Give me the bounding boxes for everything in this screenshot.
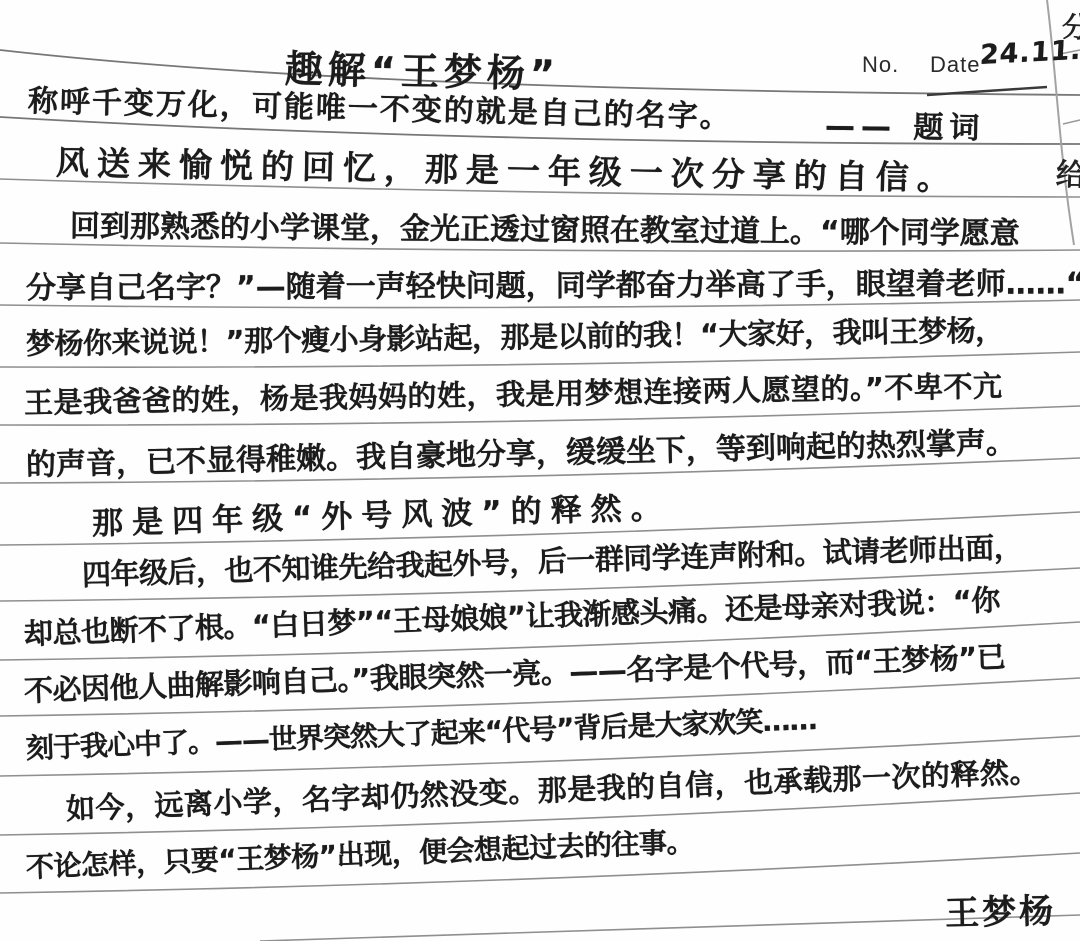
handwritten-date: 24.11.04: [979, 33, 1080, 72]
essay-line: 回到那熟悉的小学课堂，金光正透过窗照在教室过道上。“哪个同学愿意: [70, 201, 1020, 252]
no-label: No.: [862, 52, 899, 78]
author-signature: 王梦杨: [944, 883, 1056, 935]
adjacent-page-text-fragment: 给: [1055, 149, 1080, 194]
date-label: Date: [930, 52, 980, 78]
notebook-page: 趣解“王梦杨” No. Date 24.11.04 称呼千变万化，可能唯一不变的…: [0, 0, 1080, 941]
epigraph-attribution: —— 题词: [825, 101, 986, 147]
essay-line: 分享自己名字？”—随着一声轻快问题，同学都奋力举高了手，眼望着老师……“王: [26, 258, 1080, 307]
